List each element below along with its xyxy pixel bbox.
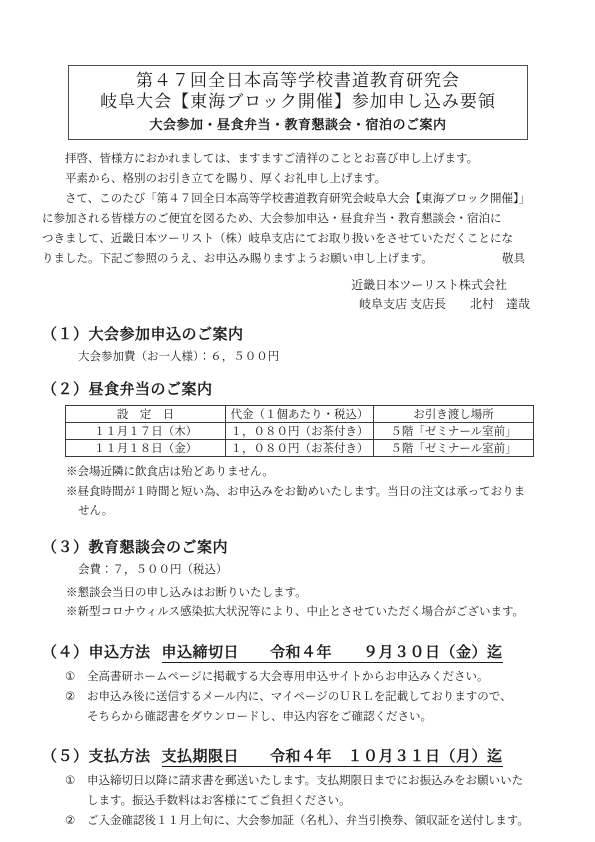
table-cell: １１月１８日（金） (66, 440, 226, 457)
section-heading: （３）教育懇談会のご案内 (42, 538, 595, 558)
circled-number: ① (65, 667, 87, 687)
greeting-line: 拝啓、皆様方におかれましては、ますますご清祥のこととお喜び申し上げます。 (42, 149, 553, 169)
table-header-row: 設 定 日 代金（１個あたり・税込） お引き渡し場所 (66, 406, 534, 423)
table-cell: １，０８０円（お茶付き） (226, 423, 374, 440)
participation-fee: 大会参加費（お一人様）：６，５００円 (78, 350, 595, 365)
closing-word: 敬具 (502, 249, 553, 269)
doc-title-line2: 岐阜大会【東海ブロック開催】参加申し込み要領 (69, 91, 527, 112)
document-page: 第４７回全日本高等学校書道教育研究会 岐阜大会【東海ブロック開催】参加申し込み要… (0, 0, 595, 842)
table-row: １１月１８日（金） １，０８０円（お茶付き） ５階「ゼミナール室前」 (66, 440, 534, 457)
circled-number: ② (65, 811, 87, 831)
section-heading: （２）昼食弁当のご案内 (42, 380, 595, 400)
table-cell: ５階「ゼミナール室前」 (374, 423, 534, 440)
section-heading: （１）大会参加申込のご案内 (42, 325, 595, 345)
payment-deadline: 支払期限日 令和４年 １０月３１日（月）迄 (162, 749, 503, 767)
item-text: します。振込手数料はお客様にてご負担ください。 (87, 791, 595, 811)
note-line: ※会場近隣に飲食店は殆どありません。 (66, 463, 595, 483)
reception-fee: 会費：７，５００円（税込） (78, 563, 595, 578)
item-text: お申込み後に送信するメール内に、マイページのＵＲＬを記載しておりますので、 (87, 687, 512, 707)
note-line: ※新型コロナウィルス感染拡大状況等により、中止とさせていただく場合がございます。 (66, 603, 595, 623)
table-cell: ５階「ゼミナール室前」 (374, 440, 534, 457)
greeting-line: さて、このたび「第４７回全日本高等学校書道教育研究会岐阜大会【東海ブロック開催】… (42, 189, 553, 209)
payment-items: ① 申込締切日以降に請求書を郵送いたします。支払期限日までにお振込みをお願いいた… (0, 771, 595, 831)
greeting-line-text: りました。下記ご参照のうえ、お申込み賜りますようお願い申し上げます。 (42, 249, 433, 269)
list-item: ② お申込み後に送信するメール内に、マイページのＵＲＬを記載しておりますので、 (65, 687, 595, 707)
lunch-table: 設 定 日 代金（１個あたり・税込） お引き渡し場所 １１月１７日（木） １，０… (65, 405, 534, 457)
section-payment: （５）支払方法支払期限日 令和４年 １０月３１日（月）迄 ① 申込締切日以降に請… (0, 747, 595, 831)
greeting-line: つきまして、近畿日本ツーリスト（株）岐阜支店にてお取り扱いをさせていただくことに… (42, 229, 553, 249)
application-items: ① 全高書研ホームページに掲載する大会専用申込サイトからお申込みください。 ② … (0, 667, 595, 727)
table-row: １１月１７日（木） １，０８０円（お茶付き） ５階「ゼミナール室前」 (66, 423, 534, 440)
item-text: ご入金確認後１１月上旬に、大会参加証（名札）、弁当引換券、領収証を送付します。 (87, 811, 529, 831)
circled-number: ① (65, 771, 87, 791)
section-application: （４）申込方法申込締切日 令和４年 ９月３０日（金）迄 ① 全高書研ホームページ… (0, 643, 595, 727)
doc-title-line1: 第４７回全日本高等学校書道教育研究会 (69, 70, 527, 91)
table-cell: １１月１７日（木） (66, 423, 226, 440)
section-heading: （４）申込方法申込締切日 令和４年 ９月３０日（金）迄 (42, 643, 595, 663)
item-text: そちらから確認書をダウンロードし、申込内容をご確認ください。 (87, 707, 595, 727)
section-heading-label: （５）支払方法 (42, 749, 151, 765)
lunch-notes: ※会場近隣に飲食店は殆どありません。 ※昼食時間が１時間と短い為、お申込みをお勧… (0, 463, 595, 522)
section-heading-label: （４）申込方法 (42, 645, 151, 661)
section-participation: （１）大会参加申込のご案内 大会参加費（お一人様）：６，５００円 (0, 325, 595, 365)
application-deadline: 申込締切日 令和４年 ９月３０日（金）迄 (162, 645, 503, 663)
section-lunch: （２）昼食弁当のご案内 設 定 日 代金（１個あたり・税込） お引き渡し場所 １… (0, 380, 595, 522)
note-line: ※昼食時間が１時間と短い為、お申込みをお勧めいたします。当日の注文は承っておりま (66, 483, 595, 503)
table-cell: １，０８０円（お茶付き） (226, 440, 374, 457)
section-heading: （５）支払方法支払期限日 令和４年 １０月３１日（月）迄 (42, 747, 595, 767)
item-text: 申込締切日以降に請求書を郵送いたします。支払期限日までにお振込みをお願いいた (87, 771, 523, 791)
reception-notes: ※懇談会当日の申し込みはお断りいたします。 ※新型コロナウィルス感染拡大状況等に… (0, 584, 595, 623)
signature-company: 近畿日本ツーリスト株式会社 (0, 276, 507, 295)
circled-number: ② (65, 687, 87, 707)
doc-subtitle: 大会参加・昼食弁当・教育懇談会・宿泊のご案内 (69, 117, 527, 133)
table-header-cell: 設 定 日 (66, 406, 226, 423)
table-header-cell: 代金（１個あたり・税込） (226, 406, 374, 423)
note-line: せん。 (78, 502, 595, 522)
greeting-line: りました。下記ご参照のうえ、お申込み賜りますようお願い申し上げます。 敬具 (42, 249, 553, 269)
signature-block: 近畿日本ツーリスト株式会社 岐阜支店 支店長 北村 達哉 (0, 276, 595, 314)
title-box: 第４７回全日本高等学校書道教育研究会 岐阜大会【東海ブロック開催】参加申し込み要… (68, 65, 528, 140)
note-line: ※懇談会当日の申し込みはお断りいたします。 (66, 584, 595, 604)
greeting-line: 平素から、格別のお引き立てを賜り、厚くお礼申し上げます。 (42, 169, 553, 189)
list-item: ② ご入金確認後１１月上旬に、大会参加証（名札）、弁当引換券、領収証を送付します… (65, 811, 595, 831)
item-text: 全高書研ホームページに掲載する大会専用申込サイトからお申込みください。 (87, 667, 488, 687)
list-item: ① 全高書研ホームページに掲載する大会専用申込サイトからお申込みください。 (65, 667, 595, 687)
table-header-cell: お引き渡し場所 (374, 406, 534, 423)
greeting-line: に参加される皆様方のご便宜を図るため、大会参加申込・昼食弁当・教育懇談会・宿泊に (42, 209, 553, 229)
section-reception: （３）教育懇談会のご案内 会費：７，５００円（税込） ※懇談会当日の申し込みはお… (0, 538, 595, 623)
list-item: ① 申込締切日以降に請求書を郵送いたします。支払期限日までにお振込みをお願いいた (65, 771, 595, 791)
greeting-paragraph: 拝啓、皆様方におかれましては、ますますご清祥のこととお喜び申し上げます。 平素か… (42, 149, 553, 269)
signature-branch: 岐阜支店 支店長 北村 達哉 (0, 295, 530, 314)
